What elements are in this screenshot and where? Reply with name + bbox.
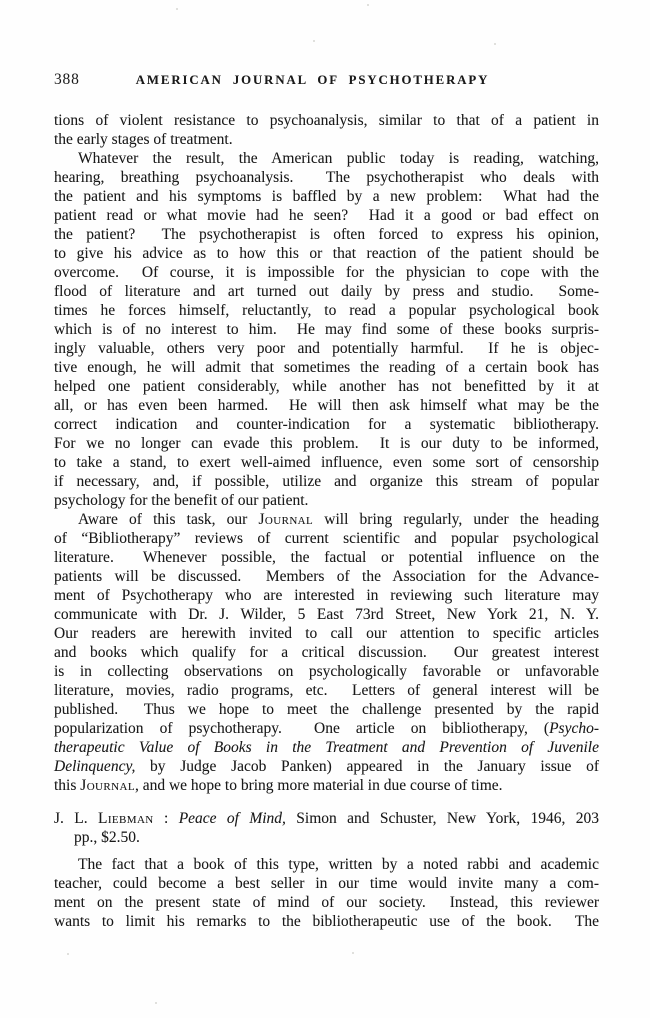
text-line: tive enough, he will admit that sometime… [54,358,599,377]
text-segment: communicate with Dr. J. Wilder, 5 East 7… [54,606,599,623]
italic-text: Peace of Mind, [179,810,286,827]
text-paragraph: tions of violent resistance to psychoana… [54,111,599,149]
page-body: tions of violent resistance to psychoana… [54,111,599,931]
text-paragraph: Whatever the result, the American public… [54,149,599,510]
text-segment: J. L. [54,810,98,827]
reference-entry: J. L. Liebman : Peace of Mind, Simon and… [54,809,599,847]
text-segment: : [154,810,179,827]
text-line: correct indication and counter-indicatio… [54,415,599,434]
text-line: Our readers are herewith invited to call… [54,624,599,643]
text-segment: of “Bibliotherapy” reviews of current sc… [54,530,599,547]
scan-speck [155,1002,157,1004]
running-header: 388 AMERICAN JOURNAL OF PSYCHOTHERAPY [54,70,599,90]
text-paragraph: The fact that a book of this type, writt… [54,855,599,931]
scan-speck [67,953,69,955]
text-segment: and books which qualify for a critical d… [54,644,599,661]
text-line: all, or has even been harmed. He will th… [54,396,599,415]
text-line: Whatever the result, the American public… [54,149,599,168]
text-segment: ingly valuable, others very poor and pot… [54,340,599,357]
text-line: For we no longer can evade this problem.… [54,434,599,453]
journal-page: 388 AMERICAN JOURNAL OF PSYCHOTHERAPY ti… [0,0,650,1018]
text-segment: patients will be discussed. Members of t… [54,568,599,585]
text-segment: hearing, breathing psychoanalysis. The p… [54,169,599,186]
text-line: ment on the present state of mind of our… [54,893,599,912]
text-segment: literature. Whenever possible, the factu… [54,549,599,566]
text-line: published. Thus we hope to meet the chal… [54,700,599,719]
text-segment: wants to limit his remarks to the biblio… [54,913,599,930]
text-line: Delinquency, by Judge Jacob Panken) appe… [54,757,599,776]
text-segment: Our readers are herewith invited to call… [54,625,599,642]
text-segment: ment of Psychotherapy who are interested… [54,587,599,604]
text-segment: teacher, could become a best seller in o… [54,875,599,892]
text-segment: the patient and his symptoms is baffled … [54,188,599,205]
text-line: this Journal, and we hope to bring more … [54,776,599,795]
text-line: wants to limit his remarks to the biblio… [54,912,599,931]
text-line: to give his advice as to how this or tha… [54,244,599,263]
page-number: 388 [54,71,80,89]
text-line: patients will be discussed. Members of t… [54,567,599,586]
scan-speck [176,8,178,10]
text-line: and books which qualify for a critical d… [54,643,599,662]
text-line: ment of Psychotherapy who are interested… [54,586,599,605]
text-line: overcome. Of course, it is impossible fo… [54,263,599,282]
text-line: flood of literature and art turned out d… [54,282,599,301]
text-segment: flood of literature and art turned out d… [54,283,599,300]
text-line: ingly valuable, others very poor and pot… [54,339,599,358]
text-segment: if necessary, and, if possible, utilize … [54,473,599,490]
text-segment: ment on the present state of mind of our… [54,894,599,911]
text-segment: tive enough, he will admit that sometime… [54,359,599,376]
text-segment: to take a stand, to exert well-aimed inf… [54,454,599,471]
text-paragraph: Aware of this task, our Journal will bri… [54,510,599,795]
text-segment: correct indication and counter-indicatio… [54,416,599,433]
text-line: teacher, could become a best seller in o… [54,874,599,893]
text-segment: , and we hope to bring more material in … [135,777,503,794]
text-segment: the early stages of treatment. [54,131,233,148]
text-line: the patient? The psychotherapist is ofte… [54,225,599,244]
text-segment: times he forces himself, reluctantly, to… [54,302,599,319]
text-line: to take a stand, to exert well-aimed inf… [54,453,599,472]
text-segment: popularization of psychotherapy. One art… [54,720,549,737]
scan-speck [367,4,369,6]
text-segment: Whatever the result, the American public… [78,150,599,167]
text-line: pp., $2.50. [54,828,599,847]
text-line: The fact that a book of this type, writt… [54,855,599,874]
text-segment: by Judge Jacob Panken) appeared in the J… [135,758,599,775]
text-segment: Simon and Schuster, New York, 1946, 203 [286,810,599,827]
smallcaps-text: Journal [258,511,313,528]
text-segment: The fact that a book of this type, writt… [78,856,599,873]
text-segment: tions of violent resistance to psychoana… [54,112,599,129]
text-segment: literature, movies, radio programs, etc.… [54,682,599,699]
text-line: patient read or what movie had he seen? … [54,206,599,225]
scan-speck [352,952,354,954]
text-segment: the patient? The psychotherapist is ofte… [54,226,599,243]
text-segment: will bring regularly, under the heading [313,511,599,528]
text-segment: published. Thus we hope to meet the chal… [54,701,599,718]
text-segment: helped one patient considerably, while a… [54,378,599,395]
text-line: which is of no interest to him. He may f… [54,320,599,339]
text-line: the early stages of treatment. [54,130,599,149]
smallcaps-text: Liebman [98,810,154,827]
text-segment: this [54,777,80,794]
text-line: communicate with Dr. J. Wilder, 5 East 7… [54,605,599,624]
text-segment: Aware of this task, our [78,511,258,528]
text-line: popularization of psychotherapy. One art… [54,719,599,738]
italic-text: therapeutic Value of Books in the Treatm… [54,739,599,756]
text-line: Aware of this task, our Journal will bri… [54,510,599,529]
text-line: of “Bibliotherapy” reviews of current sc… [54,529,599,548]
smallcaps-text: Journal [80,777,135,794]
text-segment: all, or has even been harmed. He will th… [54,397,599,414]
italic-text: Delinquency, [54,758,135,775]
text-segment: to give his advice as to how this or tha… [54,245,599,262]
text-segment: is in collecting observations on psychol… [54,663,599,680]
text-line: the patient and his symptoms is baffled … [54,187,599,206]
text-line: literature, movies, radio programs, etc.… [54,681,599,700]
journal-title: AMERICAN JOURNAL OF PSYCHOTHERAPY [54,70,599,88]
text-line: is in collecting observations on psychol… [54,662,599,681]
scan-speck [313,40,315,42]
text-line: tions of violent resistance to psychoana… [54,111,599,130]
italic-text: Psycho- [549,720,599,737]
text-line: J. L. Liebman : Peace of Mind, Simon and… [54,809,599,828]
text-line: psychology for the benefit of our patien… [54,491,599,510]
text-line: helped one patient considerably, while a… [54,377,599,396]
text-segment: overcome. Of course, it is impossible fo… [54,264,599,281]
text-line: times he forces himself, reluctantly, to… [54,301,599,320]
text-segment: which is of no interest to him. He may f… [54,321,599,338]
text-segment: pp., $2.50. [74,829,140,846]
text-line: therapeutic Value of Books in the Treatm… [54,738,599,757]
text-segment: For we no longer can evade this problem.… [54,435,599,452]
text-line: literature. Whenever possible, the factu… [54,548,599,567]
text-line: hearing, breathing psychoanalysis. The p… [54,168,599,187]
scan-speck [494,43,496,45]
text-line: if necessary, and, if possible, utilize … [54,472,599,491]
text-segment: patient read or what movie had he seen? … [54,207,599,224]
text-segment: psychology for the benefit of our patien… [54,492,308,509]
